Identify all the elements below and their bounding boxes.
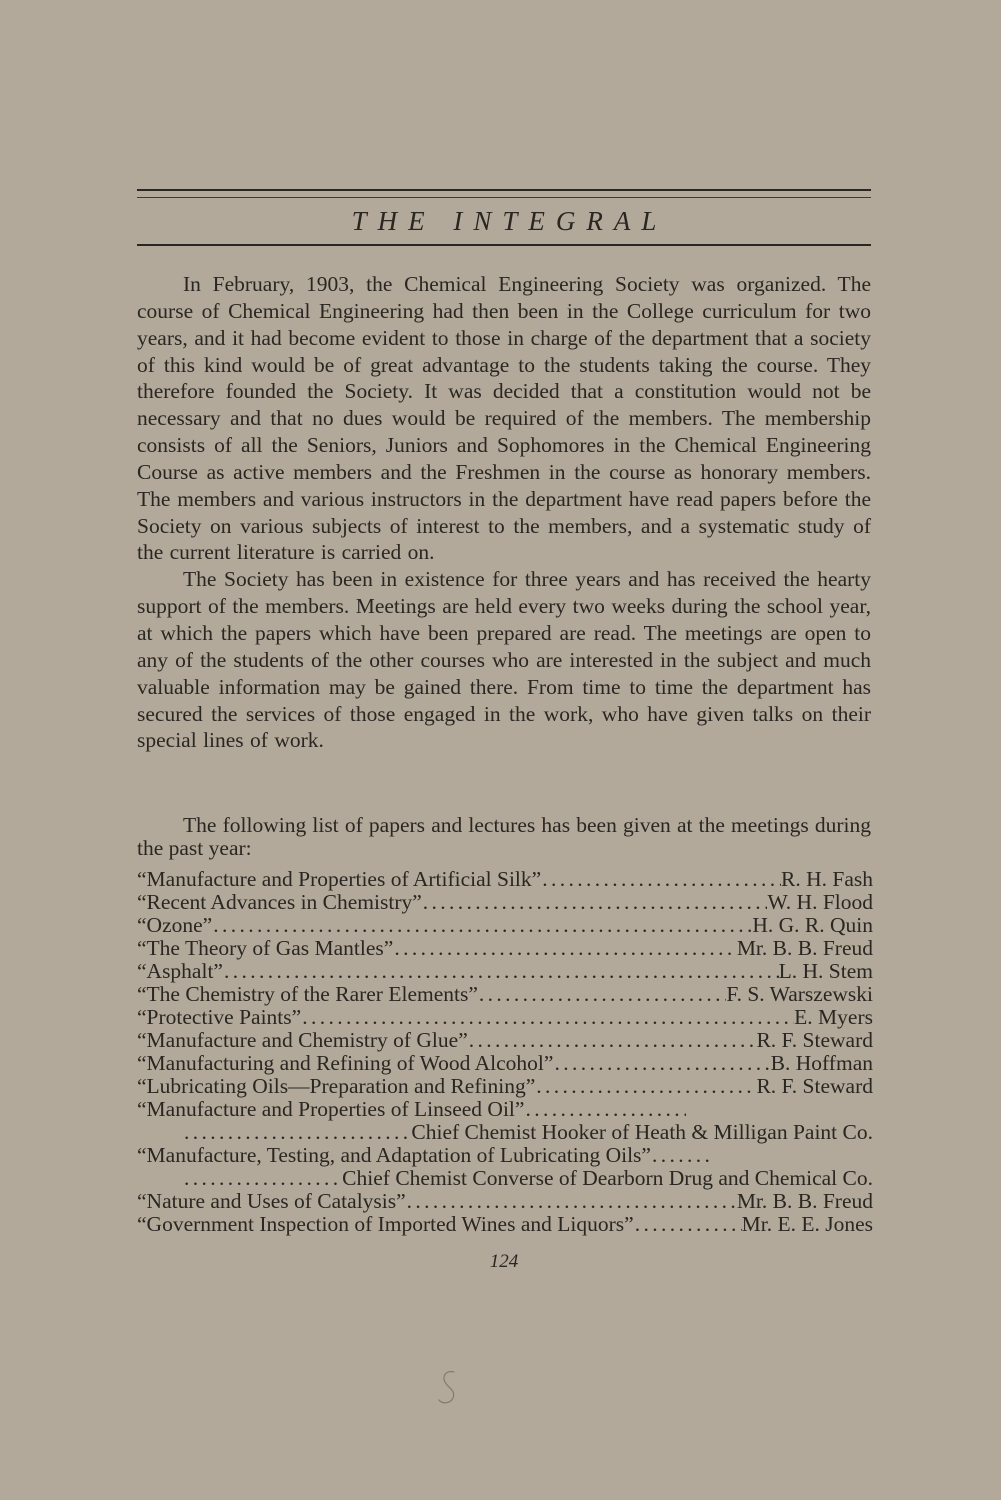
dot-leader [634,1213,742,1236]
list-item-continuation: Chief Chemist Converse of Dearborn Drug … [137,1167,873,1190]
pencil-s-mark-icon [436,1368,460,1408]
paper-title: “The Theory of Gas Mantles” [137,937,393,960]
paper-author: R. F. Steward [756,1029,873,1052]
dot-leader [422,891,768,914]
dot-leader [651,1144,713,1167]
paper-title: “Nature and Uses of Catalysis” [137,1190,406,1213]
list-item: “The Chemistry of the Rarer Elements” F.… [137,983,873,1006]
dot-leader [478,983,726,1006]
running-title: THE INTEGRAL [137,203,871,239]
header-rule-bottom [137,244,871,246]
paper-author: F. S. Warszewski [726,983,873,1006]
paper-title: “Manufacture and Properties of Artificia… [137,868,541,891]
list-item-continuation: Chief Chemist Hooker of Heath & Milligan… [137,1121,873,1144]
dot-leader [553,1052,770,1075]
paper-author: Mr. E. E. Jones [742,1213,873,1236]
dot-leader [183,1167,342,1190]
dot-leader [212,914,752,937]
paper-author: L. H. Stem [779,960,873,983]
list-item: “Protective Paints” E. Myers [137,1006,873,1029]
dot-leader [393,937,736,960]
paper-author: Mr. B. B. Freud [737,1190,873,1213]
paper-author: B. Hoffman [771,1052,873,1075]
paper-title: “Government Inspection of Imported Wines… [137,1213,634,1236]
list-item: “Nature and Uses of Catalysis” Mr. B. B.… [137,1190,873,1213]
dot-leader [468,1029,757,1052]
papers-list: “Manufacture and Properties of Artificia… [137,868,873,1236]
list-intro-text: The following list of papers and lecture… [137,814,871,860]
paper-title: “Recent Advances in Chemistry” [137,891,422,914]
paper-title: “Asphalt” [137,960,223,983]
paper-author: Chief Chemist Converse of Dearborn Drug … [342,1167,873,1190]
list-item: “Manufacturing and Refining of Wood Alco… [137,1052,873,1075]
dot-leader [406,1190,737,1213]
paragraph: In February, 1903, the Chemical Engineer… [137,271,871,566]
paper-title: “Lubricating Oils—Preparation and Refini… [137,1075,535,1098]
list-item: “Recent Advances in Chemistry” W. H. Flo… [137,891,873,914]
page-number: 124 [137,1251,871,1273]
dot-leader [541,868,781,891]
paper-title: “Manufacture and Properties of Linseed O… [137,1098,524,1121]
header-rule-top-thin [137,197,871,198]
paper-author: Mr. B. B. Freud [737,937,873,960]
list-item: “Manufacture and Chemistry of Glue” R. F… [137,1029,873,1052]
paragraph: The Society has been in existence for th… [137,566,871,754]
paper-author: R. H. Fash [781,868,873,891]
dot-leader [183,1121,411,1144]
paper-title: “The Chemistry of the Rarer Elements” [137,983,478,1006]
list-item: “Manufacture and Properties of Linseed O… [137,1098,873,1121]
list-item: “Manufacture and Properties of Artificia… [137,868,873,891]
header-rule-top [137,189,871,191]
list-item: “The Theory of Gas Mantles” Mr. B. B. Fr… [137,937,873,960]
body-text: In February, 1903, the Chemical Engineer… [137,271,871,754]
paper-author: H. G. R. Quin [752,914,873,937]
paper-title: “Manufacture, Testing, and Adaptation of… [137,1144,651,1167]
list-item: “Manufacture, Testing, and Adaptation of… [137,1144,873,1167]
paper-title: “Manufacturing and Refining of Wood Alco… [137,1052,553,1075]
list-intro: The following list of papers and lecture… [137,814,871,860]
paper-title: “Manufacture and Chemistry of Glue” [137,1029,468,1052]
dot-leader [301,1006,794,1029]
paper-author: W. H. Flood [767,891,873,914]
dot-leader [524,1098,686,1121]
list-item: “Government Inspection of Imported Wines… [137,1213,873,1236]
list-item: “Asphalt” L. H. Stem [137,960,873,983]
dot-leader [223,960,779,983]
paper-author: R. F. Steward [756,1075,873,1098]
list-item: “Ozone” H. G. R. Quin [137,914,873,937]
paper-author: E. Myers [794,1006,873,1029]
list-item: “Lubricating Oils—Preparation and Refini… [137,1075,873,1098]
dot-leader [535,1075,756,1098]
paper-title: “Ozone” [137,914,212,937]
paper-author: Chief Chemist Hooker of Heath & Milligan… [411,1121,873,1144]
paper-title: “Protective Paints” [137,1006,301,1029]
